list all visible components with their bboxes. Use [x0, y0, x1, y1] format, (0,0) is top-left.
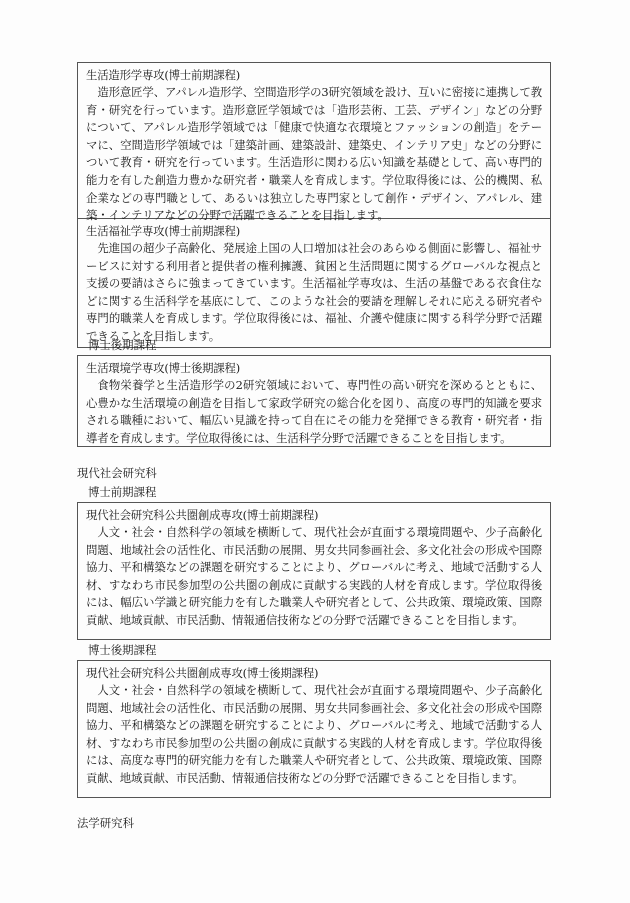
section-gendai-kouki: 現代社会研究科公共圏創成専攻(博士後期課程) 人文・社会・自然科学の領域を横断し… [78, 661, 550, 792]
section-gendai-zenki: 現代社会研究科公共圏創成専攻(博士前期課程) 人文・社会・自然科学の領域を横断し… [78, 503, 550, 634]
course-label-doctoral: 博士後期課程 [88, 337, 156, 353]
section-seikatsu-zoukei: 生活造形学専攻(博士前期課程) 造形意匠学、アパレル造形学、空間造形学の3研究領… [78, 63, 550, 218]
section-seikatsu-kankyou: 生活環境学専攻(博士後期課程) 食物栄養学と生活造形学の2研究領域において、専門… [78, 356, 550, 451]
section-title: 生活環境学専攻(博士後期課程) [86, 360, 542, 377]
section-title: 生活福祉学専攻(博士前期課程) [86, 223, 542, 240]
doctoral-course-box: 生活環境学専攻(博士後期課程) 食物栄養学と生活造形学の2研究領域において、専門… [77, 355, 551, 447]
section-title: 現代社会研究科公共圏創成専攻(博士後期課程) [86, 665, 542, 682]
faculty-heading-hougaku: 法学研究科 [77, 815, 134, 831]
course-label-doctoral-2: 博士後期課程 [88, 642, 156, 658]
section-seikatsu-fukushi: 生活福祉学専攻(博士前期課程) 先進国の超少子高齢化、発展途上国の人口増加は社会… [78, 218, 550, 347]
course-label-master: 博士前期課程 [88, 484, 156, 500]
section-title: 生活造形学専攻(博士前期課程) [86, 67, 542, 84]
section-body: 造形意匠学、アパレル造形学、空間造形学の3研究領域を設け、互いに密接に連携して教… [86, 84, 542, 225]
document-page: 生活造形学専攻(博士前期課程) 造形意匠学、アパレル造形学、空間造形学の3研究領… [0, 0, 630, 903]
faculty-heading-gendai: 現代社会研究科 [77, 465, 157, 481]
section-body: 人文・社会・自然科学の領域を横断して、現代社会が直面する環境問題や、少子高齢化問… [86, 682, 542, 788]
master-course-box-group: 生活造形学専攻(博士前期課程) 造形意匠学、アパレル造形学、空間造形学の3研究領… [77, 62, 551, 348]
gendai-doctoral-box: 現代社会研究科公共圏創成専攻(博士後期課程) 人文・社会・自然科学の領域を横断し… [77, 660, 551, 798]
section-body: 先進国の超少子高齢化、発展途上国の人口増加は社会のあらゆる側面に影響し、福祉サー… [86, 240, 542, 346]
section-body: 食物栄養学と生活造形学の2研究領域において、専門性の高い研究を深めるとともに、心… [86, 377, 542, 447]
section-body: 人文・社会・自然科学の領域を横断して、現代社会が直面する環境問題や、少子高齢化問… [86, 524, 542, 630]
gendai-master-box: 現代社会研究科公共圏創成専攻(博士前期課程) 人文・社会・自然科学の領域を横断し… [77, 502, 551, 640]
section-title: 現代社会研究科公共圏創成専攻(博士前期課程) [86, 507, 542, 524]
